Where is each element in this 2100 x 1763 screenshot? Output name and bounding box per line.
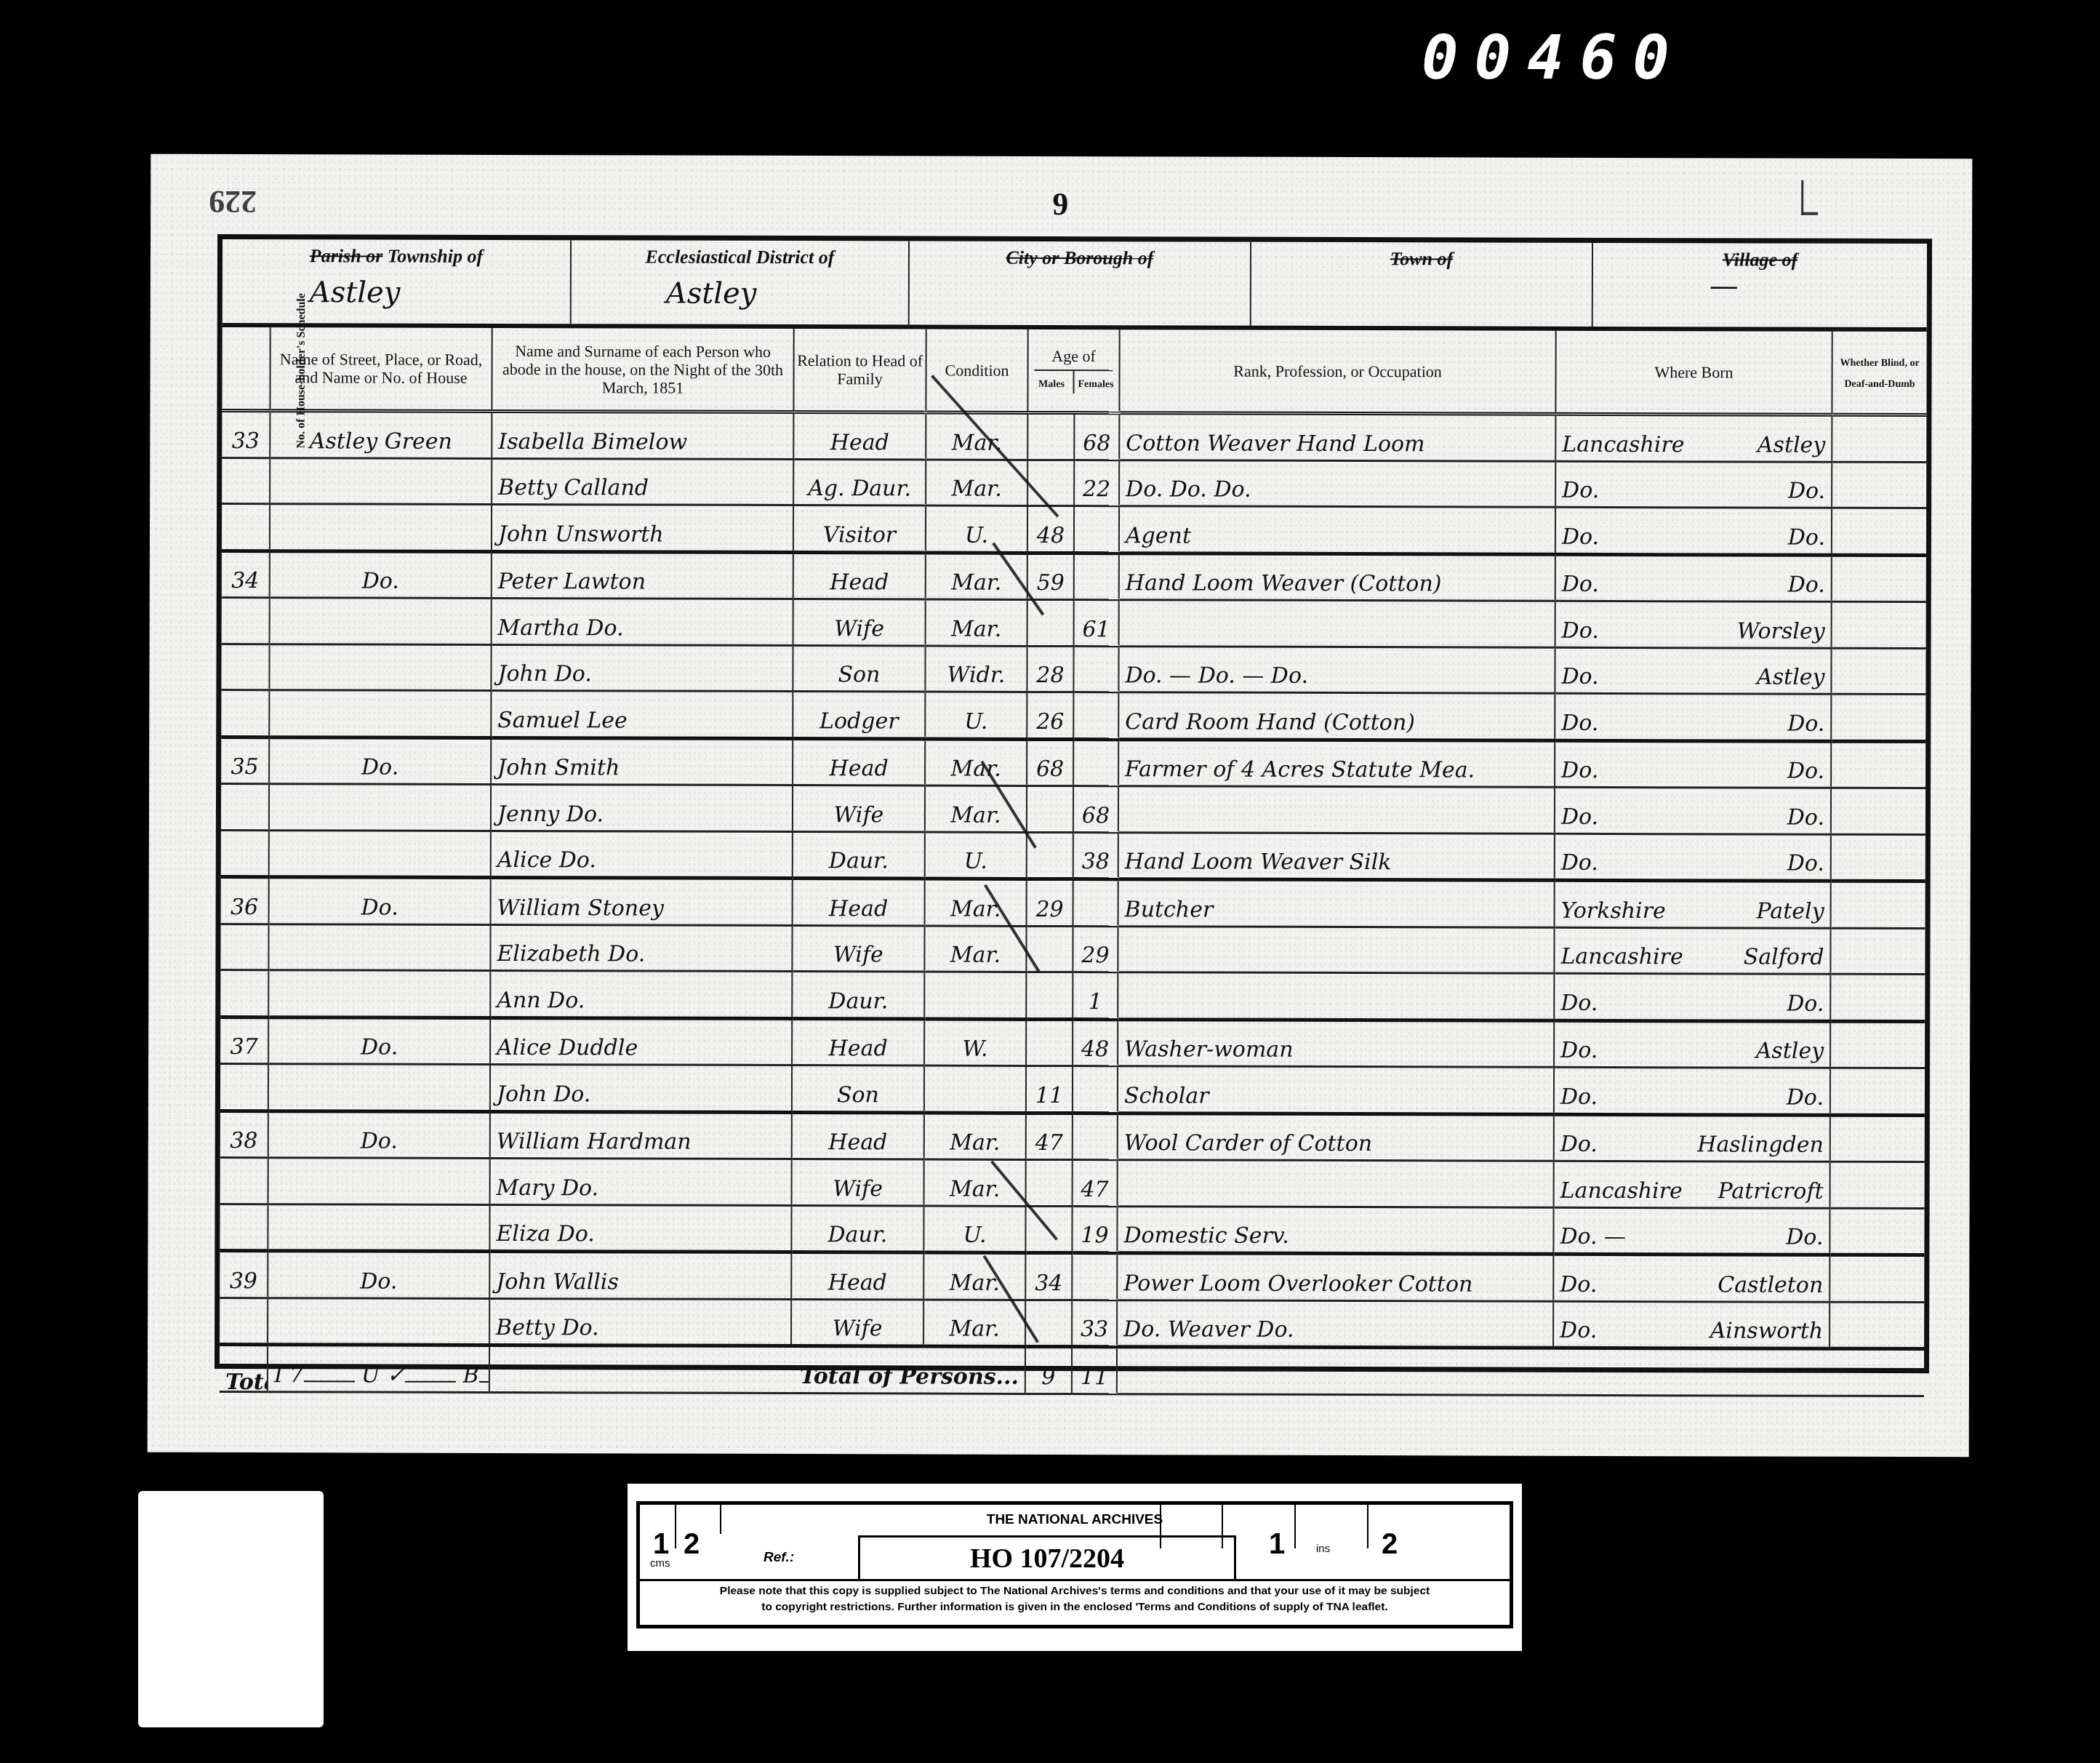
col-blind-deaf: Whether Blind, or Deaf-and-Dumb — [1832, 332, 1926, 415]
person-name: Mary Do. — [490, 1158, 792, 1205]
occupation — [1119, 600, 1555, 647]
relation: Wife — [792, 925, 924, 972]
city-label-struck: City or Borough of — [910, 247, 1250, 269]
age-male: 34 — [1025, 1252, 1072, 1300]
scale-ins-1: 1 — [1269, 1528, 1285, 1561]
column-header-row: No. of House-holder's Schedule Name of S… — [222, 327, 1926, 415]
born-county: Do. — [1560, 990, 1598, 1015]
occupation: Wool Carder of Cotton — [1118, 1113, 1554, 1161]
street — [268, 1064, 490, 1111]
born-county: Do. — [1561, 804, 1598, 829]
cms-unit: cms — [650, 1557, 670, 1570]
street — [268, 970, 490, 1018]
schedule-no — [221, 783, 269, 830]
condition: U. — [925, 832, 1027, 879]
blind-deaf — [1830, 1302, 1924, 1349]
blind-deaf — [1832, 601, 1926, 648]
condition: Mar. — [923, 1300, 1025, 1347]
where-born: Do.Ainsworth — [1553, 1301, 1830, 1348]
blind-deaf — [1832, 508, 1926, 555]
born-place: Do. — [1787, 851, 1824, 876]
age-female: 33 — [1072, 1300, 1117, 1347]
age-male — [1026, 1019, 1073, 1066]
born-place: Castleton — [1718, 1272, 1823, 1298]
ecclesiastical-value: Astley — [666, 277, 757, 311]
blind-deaf — [1830, 1162, 1925, 1208]
person-row: Mary Do.WifeMar.47LancashirePatricroft — [220, 1157, 1925, 1208]
ref-value: HO 107/2204 — [858, 1535, 1236, 1579]
born-county: Do. — [1561, 758, 1598, 783]
blind-deaf — [1832, 415, 1926, 462]
uninhabited-mark: ✓ — [387, 1362, 405, 1388]
ref-label: Ref.: — [764, 1550, 794, 1566]
relation: Head — [792, 1018, 924, 1066]
schedule-no: 38 — [220, 1111, 268, 1158]
relation: Lodger — [793, 692, 925, 739]
blind-deaf — [1831, 788, 1925, 834]
schedule-no — [220, 1063, 268, 1111]
blind-deaf — [1832, 555, 1926, 602]
copyright-note: Please note that this copy is supplied s… — [640, 1583, 1510, 1615]
street: Do. — [268, 1017, 490, 1064]
col-relation: Relation to Head of Family — [793, 329, 926, 412]
parish-value: Astley — [310, 276, 401, 309]
condition: Mar. — [925, 879, 1027, 926]
condition: Mar. — [926, 412, 1027, 460]
person-name: Isabella Bimelow — [492, 411, 793, 459]
relation: Daur. — [791, 1205, 923, 1252]
person-name: Alice Duddle — [490, 1018, 792, 1066]
total-houses-label: Total of Houses — [220, 1344, 268, 1391]
scale-cms-2: 2 — [684, 1528, 700, 1561]
relation: Head — [793, 412, 926, 460]
corner-mark — [1801, 180, 1818, 215]
schedule-no: 34 — [222, 551, 270, 598]
col-where-born: Where Born — [1555, 331, 1832, 415]
age-male: 68 — [1027, 739, 1073, 786]
where-born: Do.Do. — [1554, 1067, 1830, 1114]
blind-deaf — [1832, 462, 1926, 508]
town-label-struck: Town of — [1251, 248, 1592, 271]
person-row: 38Do.William HardmanHeadMar.47Wool Carde… — [220, 1111, 1925, 1162]
col-females: Females — [1074, 371, 1117, 393]
person-row: John Do.Son11ScholarDo.Do. — [220, 1063, 1925, 1115]
where-born: Do.Haslingden — [1554, 1114, 1830, 1162]
age-female: 47 — [1073, 1160, 1118, 1207]
blind-deaf — [1830, 1255, 1924, 1302]
born-place: Salford — [1744, 944, 1824, 970]
person-name: Peter Lawton — [492, 551, 793, 599]
born-place: Astley — [1756, 1039, 1824, 1064]
relation: Daur. — [793, 831, 925, 879]
born-county: Do. — [1560, 1271, 1597, 1297]
occupation: Washer-woman — [1118, 1019, 1554, 1067]
village-cell: Village of — — [1593, 243, 1927, 327]
occupation: Do. Do. Do. — [1119, 460, 1555, 507]
household-rows: 33Astley GreenIsabella BimelowHeadMar.68… — [220, 410, 1926, 1348]
col-condition: Condition — [926, 329, 1027, 413]
relation: Daur. — [792, 972, 924, 1019]
born-county: Lancashire — [1560, 1178, 1683, 1203]
age-female — [1073, 1066, 1118, 1114]
blind-deaf — [1830, 1115, 1925, 1162]
blind-deaf — [1830, 974, 1925, 1021]
age-female: 38 — [1073, 832, 1118, 879]
age-male: 29 — [1027, 879, 1073, 926]
where-born: Do.Do. — [1554, 973, 1830, 1020]
condition: U. — [925, 692, 1027, 739]
condition: Mar. — [923, 1252, 1025, 1300]
relation: Visitor — [793, 505, 926, 553]
where-born: Do.Astley — [1554, 1020, 1830, 1068]
born-place: Haslingden — [1697, 1132, 1824, 1157]
schedule-no — [220, 970, 268, 1017]
born-county: Do. — [1561, 850, 1598, 876]
schedule-no — [222, 597, 270, 644]
where-born: LancashireAstley — [1555, 414, 1832, 461]
blind-deaf — [1831, 648, 1925, 695]
person-row: Elizabeth Do.WifeMar.29LancashireSalford — [220, 924, 1925, 975]
age-female: 22 — [1074, 460, 1119, 506]
where-born: Do.Castleton — [1553, 1254, 1830, 1301]
where-born: Do.Do. — [1555, 740, 1831, 788]
parish-cell: Parish or Township of Astley — [223, 239, 572, 324]
age-male: 47 — [1026, 1113, 1073, 1160]
age-female — [1073, 692, 1118, 740]
schedule-no: 35 — [221, 737, 269, 784]
person-name: Eliza Do. — [489, 1204, 791, 1252]
where-born: YorkshirePately — [1555, 880, 1831, 927]
occupation: Do. — Do. — Do. — [1118, 646, 1555, 693]
occupation — [1118, 926, 1554, 973]
blind-deaf — [1830, 1068, 1925, 1115]
street — [269, 784, 491, 831]
ecclesiastical-cell: Ecclesiastical District of Astley — [572, 240, 910, 324]
person-row: 34Do.Peter LawtonHeadMar.59Hand Loom Wea… — [222, 551, 1926, 602]
condition: Mar. — [924, 926, 1026, 972]
age-male — [1025, 1300, 1072, 1347]
relation: Head — [792, 1112, 924, 1159]
street — [269, 690, 491, 737]
person-name: Elizabeth Do. — [490, 924, 792, 972]
born-place: Do. — [1787, 804, 1824, 830]
born-place: Ainsworth — [1710, 1318, 1824, 1343]
age-female: 68 — [1074, 413, 1119, 460]
condition: Mar. — [926, 599, 1027, 646]
person-row: Alice Do.Daur.U.38Hand Loom Weaver SilkD… — [221, 830, 1925, 881]
tna-title: THE NATIONAL ARCHIVES — [640, 1512, 1510, 1528]
age-female — [1073, 646, 1118, 692]
relation: Head — [793, 879, 925, 926]
person-name: Samuel Lee — [491, 690, 793, 738]
born-county: Do. — [1560, 1084, 1598, 1109]
age-female: 29 — [1073, 926, 1118, 972]
person-name: John Wallis — [489, 1251, 791, 1299]
age-female: 68 — [1073, 786, 1118, 833]
person-row: Samuel LeeLodgerU.26Card Room Hand (Cott… — [221, 689, 1925, 741]
person-name: Betty Do. — [489, 1298, 791, 1346]
occupation: Power Loom Overlooker Cotton — [1117, 1253, 1553, 1301]
street: Do. — [269, 877, 491, 924]
age-female — [1074, 553, 1119, 600]
age-female — [1072, 1253, 1117, 1300]
person-row: Betty Do.WifeMar.33Do. Weaver Do.Do.Ains… — [220, 1298, 1924, 1349]
schedule-no: 39 — [220, 1250, 268, 1298]
occupation: Card Room Hand (Cotton) — [1118, 692, 1555, 740]
occupation: Hand Loom Weaver Silk — [1118, 832, 1555, 880]
age-male: 28 — [1027, 646, 1073, 692]
where-born: LancashirePatricroft — [1554, 1161, 1830, 1207]
where-born: LancashireSalford — [1554, 927, 1830, 974]
age-male — [1027, 599, 1074, 646]
person-name: John Smith — [491, 737, 793, 785]
street — [268, 1158, 490, 1204]
blind-deaf — [1831, 834, 1925, 881]
condition — [924, 1066, 1026, 1113]
schedule-no — [220, 1298, 268, 1345]
schedule-no — [221, 689, 269, 737]
parish-label-struck: Parish or — [310, 245, 382, 266]
person-row: Jenny Do.WifeMar.68Do.Do. — [221, 783, 1925, 834]
street — [269, 644, 491, 690]
person-row: 39Do.John WallisHeadMar.34Power Loom Ove… — [220, 1250, 1924, 1302]
born-place: Worsley — [1737, 618, 1825, 644]
col-age: Age of Males Females — [1027, 329, 1119, 413]
street: Do. — [268, 1251, 489, 1298]
scale-ins-2: 2 — [1382, 1528, 1398, 1561]
condition: Mar. — [924, 1113, 1026, 1160]
schedule-no — [222, 503, 270, 551]
street — [268, 1204, 489, 1251]
person-row: 33Astley GreenIsabella BimelowHeadMar.68… — [222, 410, 1926, 462]
relation: Head — [793, 552, 926, 599]
age-male — [1026, 972, 1073, 1019]
city-cell: City or Borough of — [910, 241, 1251, 325]
where-born: Do.Do. — [1555, 787, 1831, 833]
inhabited-count: 7 — [289, 1362, 303, 1388]
where-born: Do.Astley — [1555, 647, 1831, 694]
age-male — [1027, 460, 1074, 506]
born-place: Astley — [1758, 432, 1826, 457]
occupation — [1118, 786, 1555, 833]
village-label-struck: Village of — [1593, 249, 1927, 271]
age-female: 1 — [1073, 972, 1118, 1020]
relation: Son — [793, 645, 925, 692]
ecclesiastical-label: Ecclesiastical District of — [572, 246, 908, 268]
age-female — [1073, 879, 1118, 927]
schedule-no — [221, 644, 269, 690]
born-place: Do. — [1787, 759, 1824, 784]
person-name: Martha Do. — [492, 598, 793, 645]
age-male — [1027, 785, 1073, 832]
folio-number: 9 — [1052, 185, 1068, 223]
age-male: 26 — [1027, 692, 1073, 739]
age-female — [1073, 739, 1118, 786]
blind-deaf — [1830, 928, 1925, 975]
street — [270, 504, 492, 551]
person-row: 37Do.Alice DuddleHeadW.48Washer-womanDo.… — [220, 1017, 1925, 1068]
blind-deaf — [1830, 1208, 1924, 1255]
person-name: William Hardman — [490, 1111, 792, 1159]
blind-deaf — [1831, 741, 1925, 788]
occupation: Hand Loom Weaver (Cotton) — [1119, 553, 1555, 601]
person-name: John Do. — [491, 644, 793, 692]
born-county: Do. — [1562, 572, 1599, 597]
street — [269, 830, 491, 877]
born-county: Do. — [1562, 617, 1599, 643]
occupation: Cotton Weaver Hand Loom — [1119, 413, 1555, 461]
blank-card — [138, 1491, 324, 1727]
where-born: Do.Do. — [1555, 554, 1832, 601]
born-county: Yorkshire — [1561, 898, 1666, 923]
census-page: 229 9 Parish or Township of Astley Eccle… — [148, 154, 1973, 1458]
age-female — [1073, 1113, 1118, 1160]
schedule-no: 33 — [222, 410, 270, 457]
relation: Wife — [792, 1159, 924, 1206]
parish-label: Township of — [388, 246, 483, 267]
born-place: Do. — [1786, 1225, 1823, 1250]
relation: Wife — [793, 599, 926, 646]
town-cell: Town of — [1251, 242, 1593, 327]
relation: Ag. Daur. — [793, 459, 926, 505]
ins-unit: ins — [1316, 1543, 1330, 1555]
born-place: Astley — [1757, 665, 1825, 690]
born-county: Do. — [1561, 664, 1598, 689]
born-county: Do. — [1560, 1132, 1598, 1157]
total-females: 11 — [1072, 1347, 1117, 1394]
occupation: Butcher — [1118, 879, 1555, 927]
born-county: Do. — [1562, 524, 1599, 549]
born-place: Pately — [1756, 898, 1824, 924]
person-name: Alice Do. — [491, 831, 793, 879]
where-born: Do.Do. — [1555, 833, 1831, 881]
relation: Head — [793, 738, 925, 785]
occupation — [1118, 972, 1554, 1020]
person-name: John Unsworth — [492, 504, 793, 552]
street — [268, 924, 490, 970]
schedule-no — [221, 830, 269, 877]
born-place: Do. — [1787, 1084, 1824, 1110]
person-row: Martha Do.WifeMar.61Do.Worsley — [222, 597, 1926, 648]
age-female: 48 — [1073, 1019, 1118, 1066]
person-row: Betty CallandAg. Daur.Mar.22Do. Do. Do.D… — [222, 457, 1926, 508]
census-table: Parish or Township of Astley Ecclesiasti… — [215, 234, 1932, 1373]
age-female: 61 — [1074, 600, 1119, 647]
born-county: Lancashire — [1560, 944, 1683, 970]
condition: Mar. — [926, 553, 1027, 600]
born-county: Do. — [1562, 478, 1599, 503]
totals-row: Total of Houses I 7 U ✓ B Total of Perso… — [220, 1344, 1924, 1396]
street — [270, 457, 492, 504]
condition: U. — [926, 505, 1027, 553]
born-county: Do. — [1560, 1318, 1597, 1343]
house-counts: I 7 U ✓ B — [268, 1345, 489, 1392]
born-county: Lancashire — [1562, 431, 1684, 457]
age-male: 11 — [1026, 1066, 1073, 1113]
street — [268, 1298, 489, 1345]
occupation: Scholar — [1118, 1066, 1554, 1114]
person-row: 35Do.John SmithHeadMar.68Farmer of 4 Acr… — [221, 737, 1925, 788]
person-row: John UnsworthVisitorU.48AgentDo.Do. — [222, 503, 1926, 555]
blind-deaf — [1830, 1021, 1925, 1068]
age-female — [1074, 506, 1119, 553]
household-grid: No. of House-holder's Schedule Name of S… — [220, 327, 1927, 1397]
where-born: Do.Do. — [1555, 507, 1832, 554]
occupation: Do. Weaver Do. — [1117, 1300, 1553, 1348]
upside-down-folio-number: 229 — [209, 183, 257, 220]
where-born: Do.Do. — [1555, 461, 1832, 508]
relation: Wife — [791, 1299, 923, 1346]
col-name: Name and Surname of each Person who abod… — [492, 328, 793, 412]
street: Do. — [270, 551, 492, 598]
age-male — [1027, 412, 1074, 460]
age-female: 19 — [1072, 1206, 1117, 1253]
person-row: Eliza Do.Daur.U.19Domestic Serv.Do. —Do. — [220, 1204, 1924, 1255]
born-place: Do. — [1788, 572, 1825, 598]
col-males: Males — [1030, 371, 1074, 393]
tna-reference-label: 1 cms 2 THE NATIONAL ARCHIVES Ref.: HO 1… — [628, 1484, 1522, 1651]
age-male: 48 — [1027, 505, 1074, 553]
district-header: Parish or Township of Astley Ecclesiasti… — [223, 239, 1927, 332]
condition: Mar. — [925, 739, 1027, 786]
born-place: Do. — [1787, 991, 1824, 1016]
born-place: Do. — [1788, 524, 1825, 550]
relation: Head — [791, 1252, 923, 1300]
schedule-no: 37 — [220, 1017, 268, 1064]
occupation: Domestic Serv. — [1117, 1206, 1553, 1254]
relation: Son — [792, 1066, 924, 1113]
born-place: Do. — [1787, 711, 1824, 736]
schedule-no — [220, 1157, 268, 1204]
schedule-no — [222, 457, 270, 504]
relation: Wife — [793, 785, 925, 832]
age-male — [1026, 1159, 1073, 1206]
born-county: Do. — — [1560, 1224, 1626, 1250]
col-schedule-no: No. of House-holder's Schedule — [222, 327, 270, 411]
schedule-no — [220, 1204, 268, 1251]
person-name: John Do. — [490, 1064, 792, 1112]
person-row: John Do.SonWidr.28Do. — Do. — Do.Do.Astl… — [221, 644, 1925, 695]
condition: Widr. — [925, 646, 1027, 692]
occupation — [1118, 1160, 1554, 1207]
street: Do. — [268, 1111, 490, 1158]
scale-cms-1: 1 — [653, 1528, 669, 1561]
person-name: Betty Calland — [492, 458, 793, 505]
street: Do. — [269, 737, 491, 784]
person-row: Ann Do.Daur.1Do.Do. — [220, 970, 1925, 1021]
blind-deaf — [1831, 694, 1925, 741]
born-county: Do. — [1560, 1038, 1598, 1063]
age-of-label: Age of — [1035, 347, 1113, 371]
person-name: Ann Do. — [490, 970, 792, 1018]
condition: U. — [923, 1206, 1025, 1253]
age-male — [1027, 832, 1073, 879]
born-place: Patricroft — [1718, 1178, 1823, 1204]
total-persons-label: Total of Persons... — [489, 1345, 1025, 1393]
condition — [924, 972, 1026, 1019]
col-occupation: Rank, Profession, or Occupation — [1119, 329, 1555, 414]
occupation: Farmer of 4 Acres Statute Mea. — [1118, 739, 1555, 787]
person-name: Jenny Do. — [491, 784, 793, 831]
street — [270, 598, 492, 644]
frame-counter: 00460 — [1422, 22, 1686, 93]
person-row: 36Do.William StoneyHeadMar.29ButcherYork… — [221, 876, 1925, 928]
born-place: Do. — [1788, 479, 1825, 504]
where-born: Do.Worsley — [1555, 601, 1832, 647]
condition: W. — [924, 1019, 1026, 1066]
born-county: Do. — [1561, 710, 1598, 735]
blind-deaf — [1831, 881, 1925, 928]
